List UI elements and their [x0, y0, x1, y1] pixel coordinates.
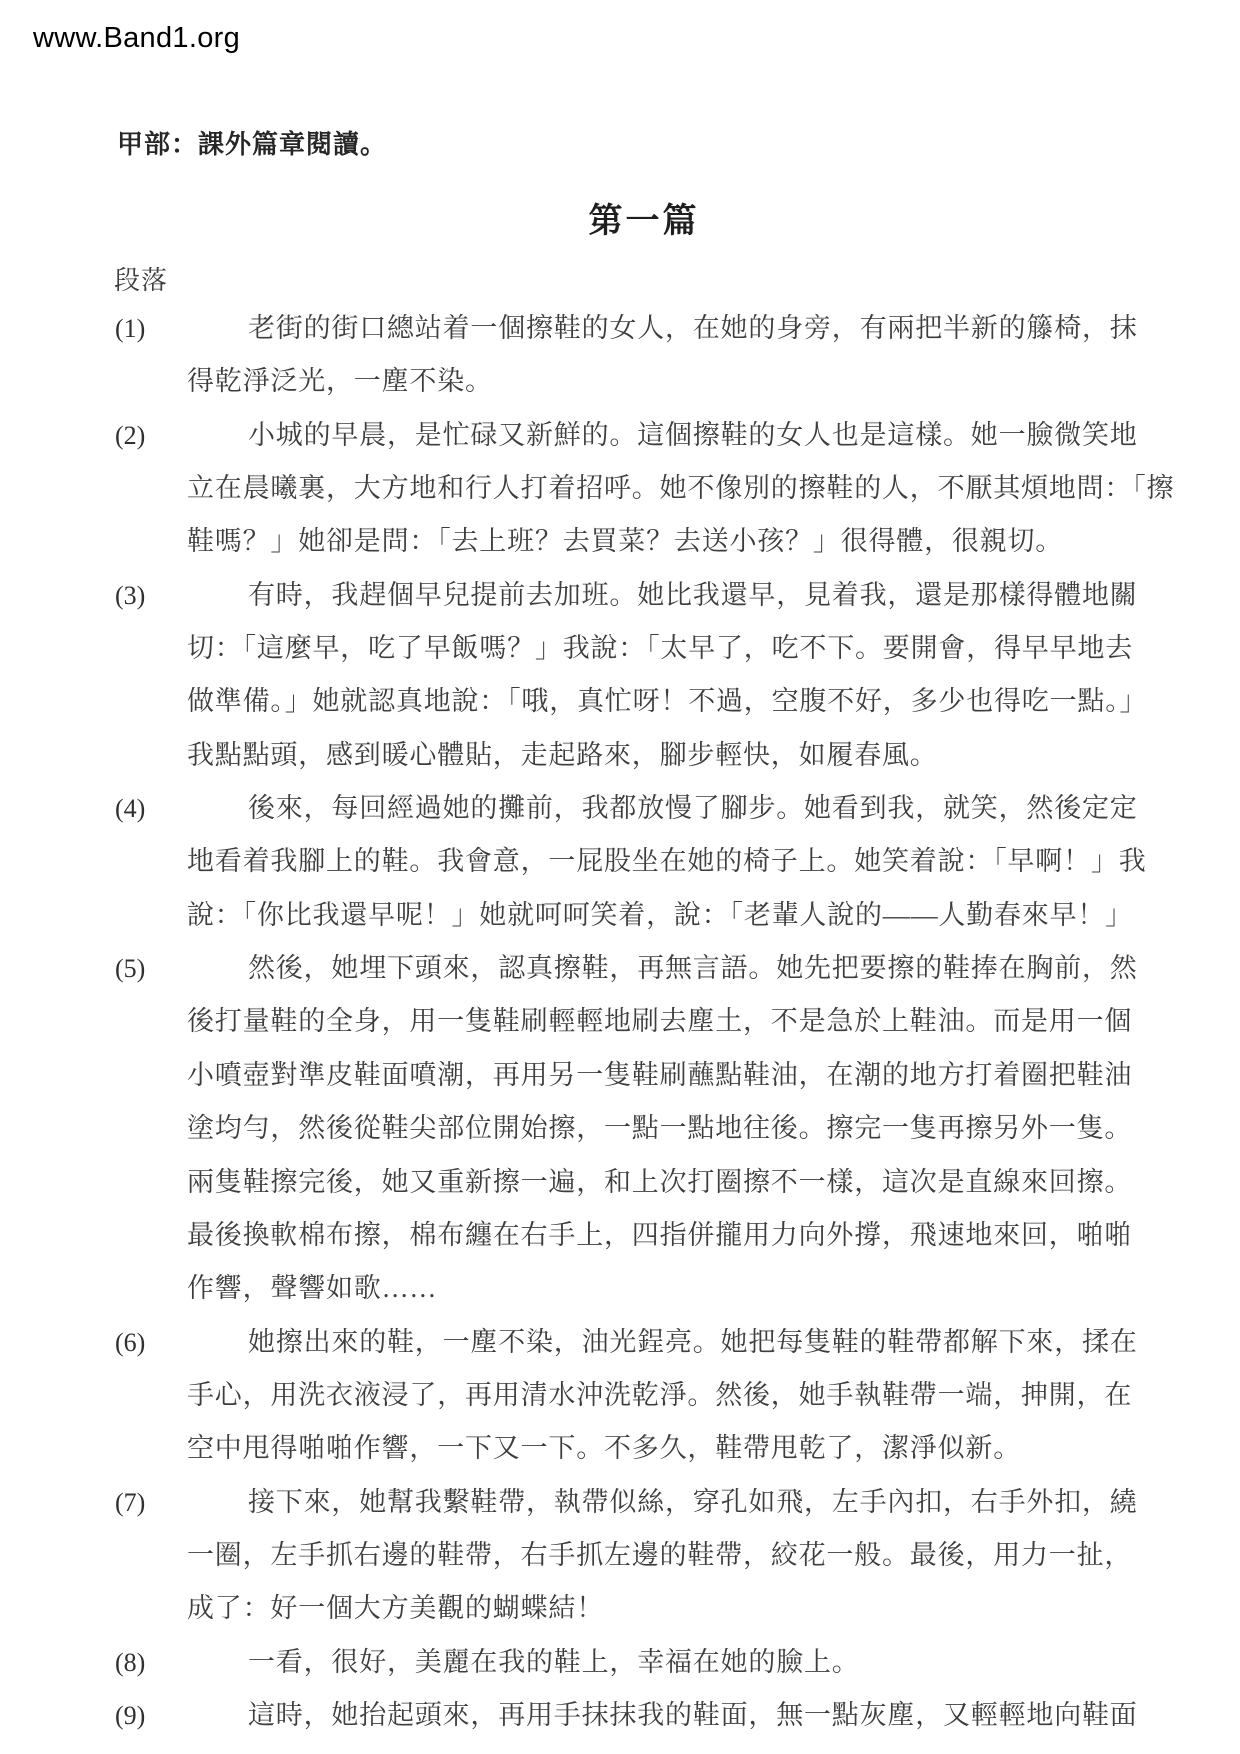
- paragraph-line: 一看，很好，美麗在我的鞋上，幸福在她的臉上。: [187, 1636, 1185, 1689]
- paragraph-text: 一看，很好，美麗在我的鞋上，幸福在她的臉上。: [187, 1636, 1185, 1689]
- paragraph-line: 後來，每回經過她的攤前，我都放慢了腳步。她看到我，就笑，然後定定: [187, 782, 1185, 835]
- page-title: 第一篇: [48, 193, 1240, 242]
- paragraph-text: 小城的早晨，是忙碌又新鮮的。這個擦鞋的女人也是這樣。她一臉微笑地立在晨曦裏，大方…: [187, 409, 1185, 569]
- paragraph-number: (4): [115, 782, 187, 835]
- paragraph-line: 她擦出來的鞋，一塵不染，油光鋥亮。她把每隻鞋的鞋帶都解下來，揉在: [187, 1316, 1185, 1369]
- paragraph-line: 成了：好一個大方美觀的蝴蝶結！: [187, 1582, 1185, 1635]
- paragraph-line: 後打量鞋的全身，用一隻鞋刷輕輕地刷去塵土，不是急於上鞋油。而是用一個: [187, 995, 1185, 1048]
- paragraph-number: (5): [115, 942, 187, 995]
- paragraph-line: 這時，她抬起頭來，再用手抹抹我的鞋面，無一點灰塵，又輕輕地向鞋面: [187, 1689, 1185, 1742]
- paragraph-line: 接下來，她幫我繫鞋帶，執帶似絲，穿孔如飛，左手內扣，右手外扣，繞: [187, 1476, 1185, 1529]
- paragraph-line: 塗均勻，然後從鞋尖部位開始擦，一點一點地往後。擦完一隻再擦另外一隻。: [187, 1102, 1185, 1155]
- paragraph: (8)一看，很好，美麗在我的鞋上，幸福在她的臉上。: [115, 1636, 1185, 1689]
- paragraph-column-label: 段落: [114, 260, 168, 297]
- paragraph-line: 最後換軟棉布擦，棉布纏在右手上，四指併攏用力向外撐，飛速地來回，啪啪: [187, 1209, 1185, 1262]
- paragraph-number: (3): [115, 569, 187, 622]
- paragraph-line: 鞋嗎？」她卻是問：「去上班？去買菜？去送小孩？」很得體，很親切。: [187, 515, 1185, 568]
- paragraph: (9)這時，她抬起頭來，再用手抹抹我的鞋面，無一點灰塵，又輕輕地向鞋面: [115, 1689, 1185, 1742]
- paragraph-text: 然後，她埋下頭來，認真擦鞋，再無言語。她先把要擦的鞋捧在胸前，然後打量鞋的全身，…: [187, 942, 1185, 1315]
- paragraph-text: 接下來，她幫我繫鞋帶，執帶似絲，穿孔如飛，左手內扣，右手外扣，繞一圈，左手抓右邊…: [187, 1476, 1185, 1636]
- paragraph-line: 兩隻鞋擦完後，她又重新擦一遍，和上次打圈擦不一樣，這次是直線來回擦。: [187, 1156, 1185, 1209]
- passage-body: (1)老街的街口總站着一個擦鞋的女人，在她的身旁，有兩把半新的籐椅，抹得乾淨泛光…: [115, 302, 1185, 1742]
- paragraph-line: 說：「你比我還早呢！」她就呵呵笑着，說：「老輩人說的——人勤春來早！」: [187, 889, 1185, 942]
- paragraph-line: 老街的街口總站着一個擦鞋的女人，在她的身旁，有兩把半新的籐椅，抹: [187, 302, 1185, 355]
- paragraph-text: 老街的街口總站着一個擦鞋的女人，在她的身旁，有兩把半新的籐椅，抹得乾淨泛光，一塵…: [187, 302, 1185, 409]
- paragraph-text: 她擦出來的鞋，一塵不染，油光鋥亮。她把每隻鞋的鞋帶都解下來，揉在手心，用洗衣液浸…: [187, 1316, 1185, 1476]
- paragraph-line: 得乾淨泛光，一塵不染。: [187, 355, 1185, 408]
- paragraph: (4)後來，每回經過她的攤前，我都放慢了腳步。她看到我，就笑，然後定定地看着我腳…: [115, 782, 1185, 942]
- paragraph-number: (2): [115, 409, 187, 462]
- paragraph-number: (8): [115, 1636, 187, 1689]
- paragraph-number: (7): [115, 1476, 187, 1529]
- section-heading: 甲部：課外篇章閱讀。: [117, 124, 387, 161]
- paragraph-line: 我點點頭，感到暖心體貼，走起路來，腳步輕快，如履春風。: [187, 729, 1185, 782]
- paragraph: (7)接下來，她幫我繫鞋帶，執帶似絲，穿孔如飛，左手內扣，右手外扣，繞一圈，左手…: [115, 1476, 1185, 1636]
- paragraph-line: 切：「這麼早，吃了早飯嗎？」我說：「太早了，吃不下。要開會，得早早地去: [187, 622, 1185, 675]
- site-url-text: www.Band1.org: [33, 22, 240, 55]
- paragraph-line: 地看着我腳上的鞋。我會意，一屁股坐在她的椅子上。她笑着說：「早啊！」我: [187, 835, 1185, 888]
- paragraph-line: 小城的早晨，是忙碌又新鮮的。這個擦鞋的女人也是這樣。她一臉微笑地: [187, 409, 1185, 462]
- paragraph-text: 後來，每回經過她的攤前，我都放慢了腳步。她看到我，就笑，然後定定地看着我腳上的鞋…: [187, 782, 1185, 942]
- paragraph-text: 有時，我趕個早兒提前去加班。她比我還早，見着我，還是那樣得體地關切：「這麼早，吃…: [187, 569, 1185, 782]
- paragraph-line: 有時，我趕個早兒提前去加班。她比我還早，見着我，還是那樣得體地關: [187, 569, 1185, 622]
- paragraph-line: 手心，用洗衣液浸了，再用清水沖洗乾淨。然後，她手執鞋帶一端，抻開，在: [187, 1369, 1185, 1422]
- paragraph: (6)她擦出來的鞋，一塵不染，油光鋥亮。她把每隻鞋的鞋帶都解下來，揉在手心，用洗…: [115, 1316, 1185, 1476]
- paragraph: (1)老街的街口總站着一個擦鞋的女人，在她的身旁，有兩把半新的籐椅，抹得乾淨泛光…: [115, 302, 1185, 409]
- paragraph-text: 這時，她抬起頭來，再用手抹抹我的鞋面，無一點灰塵，又輕輕地向鞋面: [187, 1689, 1185, 1742]
- paragraph-line: 小噴壺對準皮鞋面噴潮，再用另一隻鞋刷蘸點鞋油，在潮的地方打着圈把鞋油: [187, 1049, 1185, 1102]
- paragraph-line: 一圈，左手抓右邊的鞋帶，右手抓左邊的鞋帶，絞花一般。最後，用力一扯，: [187, 1529, 1185, 1582]
- paragraph-number: (9): [115, 1689, 187, 1742]
- paragraph: (5)然後，她埋下頭來，認真擦鞋，再無言語。她先把要擦的鞋捧在胸前，然後打量鞋的…: [115, 942, 1185, 1315]
- paragraph-line: 然後，她埋下頭來，認真擦鞋，再無言語。她先把要擦的鞋捧在胸前，然: [187, 942, 1185, 995]
- paragraph-line: 作響，聲響如歌……: [187, 1262, 1185, 1315]
- paragraph: (2)小城的早晨，是忙碌又新鮮的。這個擦鞋的女人也是這樣。她一臉微笑地立在晨曦裏…: [115, 409, 1185, 569]
- paragraph: (3)有時，我趕個早兒提前去加班。她比我還早，見着我，還是那樣得體地關切：「這麼…: [115, 569, 1185, 782]
- scanned-document-page: www.Band1.org 甲部：課外篇章閱讀。 第一篇 段落 (1)老街的街口…: [0, 0, 1240, 1754]
- paragraph-line: 空中甩得啪啪作響，一下又一下。不多久，鞋帶甩乾了，潔淨似新。: [187, 1422, 1185, 1475]
- paragraph-line: 做準備。」她就認真地說：「哦，真忙呀！不過，空腹不好，多少也得吃一點。」: [187, 675, 1185, 728]
- paragraph-line: 立在晨曦裏，大方地和行人打着招呼。她不像別的擦鞋的人，不厭其煩地問：「擦: [187, 462, 1185, 515]
- paragraph-number: (1): [115, 302, 187, 355]
- paragraph-number: (6): [115, 1316, 187, 1369]
